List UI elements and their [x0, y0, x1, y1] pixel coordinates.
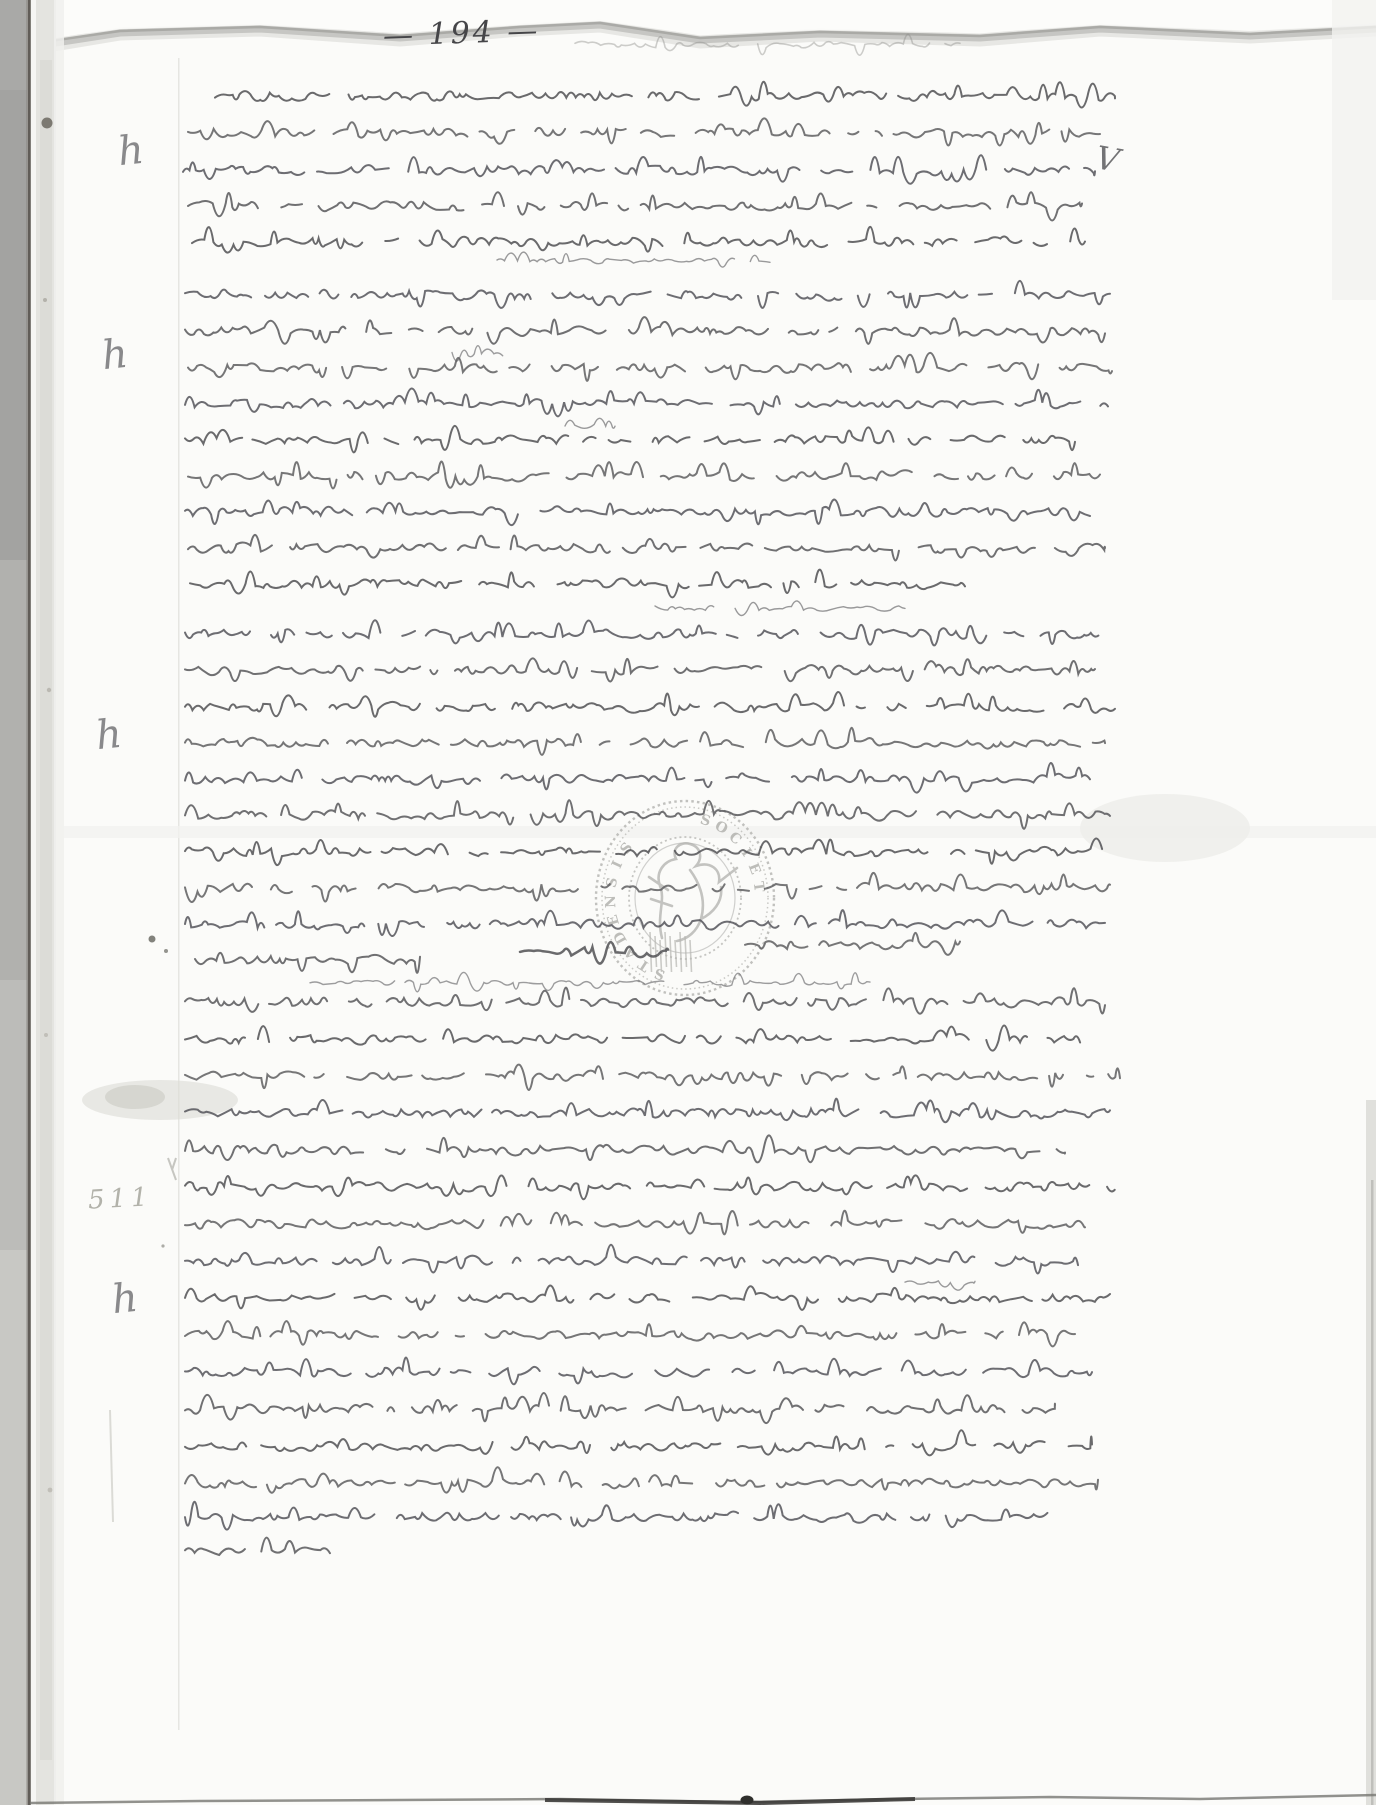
scan-artwork: STADENSISSOCIET	[0, 0, 1376, 1810]
stamp-ring-letter: N	[603, 895, 620, 909]
pencil-folio-number: 511	[87, 1182, 153, 1215]
margin-mark-h-4: h	[110, 1275, 140, 1323]
ink-dot	[164, 949, 168, 953]
ink-dot	[149, 936, 156, 943]
page-number: — 194 —	[382, 13, 540, 53]
margin-mark-h-2: h	[100, 331, 130, 379]
deckle-edge	[36, 0, 64, 1810]
ink-dot	[161, 1244, 164, 1247]
margin-mark-h-3: h	[94, 711, 124, 759]
margin-mark-h-1: h	[116, 127, 146, 175]
edge-ink-blot	[42, 118, 53, 129]
paper-background	[0, 0, 1376, 1810]
paper-smudge-dark	[105, 1085, 165, 1109]
fold-line	[178, 58, 180, 1730]
paper-wash	[1080, 794, 1250, 862]
right-edge-line	[1371, 1180, 1374, 1810]
right-edge-shade	[1332, 0, 1376, 300]
manuscript-scan-page: STADENSISSOCIET — 194 — h h h h 511 V	[0, 0, 1376, 1810]
book-gutter-shadow	[0, 0, 36, 1810]
bottom-edge-blot	[741, 1796, 754, 1805]
